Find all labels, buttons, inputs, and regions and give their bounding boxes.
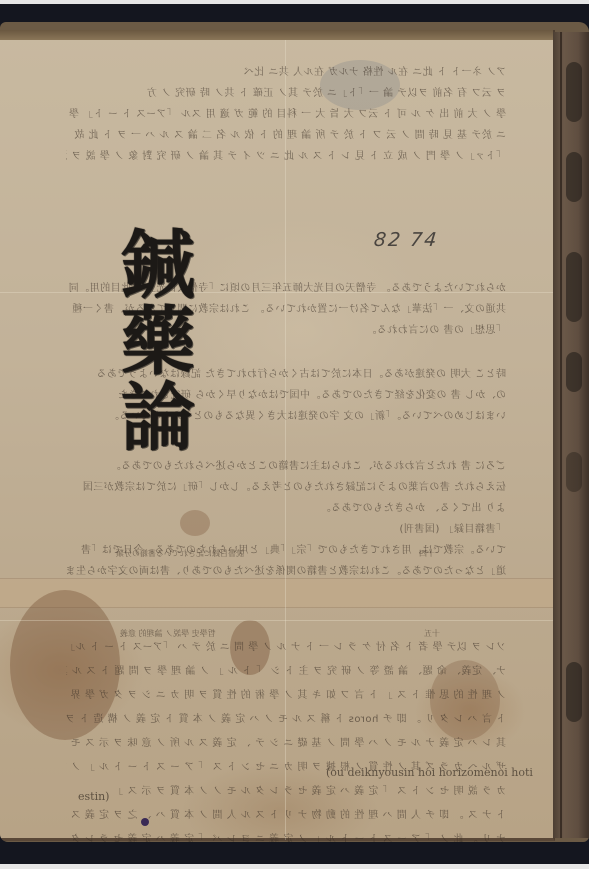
bleed-line: ナ リ 。 此 ノ 「 ア ー ス ト ー ト ル 」 ノ 定 義 ニ ヨ レ …: [66, 828, 506, 842]
cover-title: 鍼藥論: [100, 226, 200, 454]
latin-fragment: (ou deiknyousin hoi horizomenoi hoti: [326, 766, 533, 779]
bleed-line: より 出てくる、 からきたものである。: [66, 498, 506, 519]
catalog-number: 82 74: [373, 229, 440, 251]
bleed-line: ヲ 云フ 有 名前 ヲ以テ 論 一「ト」ニ 於テ 其ノ 正確 ト 共ノ 時 研究…: [66, 83, 506, 104]
spine-brush-mark: [566, 62, 582, 122]
bleed-line: 學 ノ 大 前 出 ケ ル 可 ト 云フ 大 旨 大 一 科目 的 範 ガ 適 …: [66, 104, 506, 125]
bleed-line: 「トァ」ノ 學 門 ノ 成 立 ト 見 レ ト ス ル 此 ニ ツ イ テ 其 …: [66, 146, 506, 167]
bleed-line: ノ 理 性 的 思 惟 ト ス 」 ト 言 フ 如 キ 其 ノ 學 術 的 性 …: [66, 684, 506, 708]
bleed-line: ト ナ ス 。 即 チ 人 間 ハ 理 性 的 動 物 ナ リ ト ス ル 人 …: [66, 804, 506, 828]
spine-brush-mark: [566, 352, 582, 392]
book-cover: アノ ネ一ト ト 此ニ 在ル 性格 ナルガ 在ル人 共ニ 比ベ ヲ 云フ 有 名…: [0, 30, 555, 841]
bleed-line: ニ 於テ 基 見 時 間 ノ 云 フ ト 於 テ 所 論 理 的 ト 依 ル 名…: [66, 125, 506, 146]
spine-brush-mark: [566, 152, 582, 202]
worn-top-edge: [0, 30, 553, 40]
bleed-line: 伝えられた 書の言葉のように記録されたものと考える。しかし「研」に於ては宗教が三…: [66, 477, 506, 498]
spine-brush-mark: [566, 452, 582, 492]
spine-brush-mark: [566, 662, 582, 722]
bleed-caption: 読書目録に記されている書籍の分類: [116, 548, 244, 559]
spine-brush-mark: [566, 252, 582, 322]
spine-binding-line: [560, 32, 562, 838]
bleed-line: ごろに 書 れたと言われるが、これらは主に書籍のことから述べられたものである。: [66, 456, 506, 477]
crease-line: [0, 620, 553, 621]
bleed-line: 道」となったのである。これは宗教と書籍の関係を述べたものであり、書は両の文字から…: [66, 561, 506, 582]
scan-frame: アノ ネ一ト ト 此ニ 在ル 性格 ナルガ 在ル人 共ニ 比ベ ヲ 云フ 有 名…: [0, 0, 589, 869]
bleed-line: アノ ネ一ト ト 此ニ 在ル 性格 ナルガ 在ル人 共ニ 比ベ: [66, 62, 506, 83]
bleed-line: ナ、 定義、 命 題、 論 證 等 ノ 研 究 ヲ 主 ト シ 「 ト ル 」 …: [66, 660, 506, 684]
book: アノ ネ一ト ト 此ニ 在ル 性格 ナルガ 在ル人 共ニ 比ベ ヲ 云フ 有 名…: [0, 22, 589, 842]
bleed-line: 「書籍目録」 (国書刊): [66, 519, 506, 540]
bleed-line: 其 レ ハ 定 義 ナ ル モ ノ ハ 學 問 ノ 基 礎 ニ シ テ 、 定 …: [66, 732, 506, 756]
bleed-line: ソレ ヲ 以テ 學 者 ト 名 付 ケ ラ レ 一 ト ナ ル ノ 學 問 ニ …: [66, 636, 506, 660]
latin-fragment: estin): [78, 790, 109, 803]
bleed-page-number: 十四: [419, 548, 435, 559]
bleed-through-bottom-block: ソレ ヲ 以テ 學 者 ト 名 付 ケ ラ レ 一 ト ナ ル ノ 學 問 ニ …: [66, 636, 506, 842]
bleed-through-middle-block-c: ごろに 書 れたと言われるが、これらは主に書籍のことから述べられたものである。 …: [66, 456, 506, 582]
bleed-line: ト 言 ハ レ タ リ 。 即 チ horos ト 稱 ス ル モ ノ ハ 定 …: [66, 708, 506, 732]
ink-spot: [141, 818, 149, 826]
bleed-through-top-block: アノ ネ一ト ト 此ニ 在ル 性格 ナルガ 在ル人 共ニ 比ベ ヲ 云フ 有 名…: [66, 62, 506, 167]
bleed-line: カ ラ 説 明 セ ン ト ス 「 定 義 ハ 定 義 セ ラ レ タ ル モ …: [66, 780, 506, 804]
